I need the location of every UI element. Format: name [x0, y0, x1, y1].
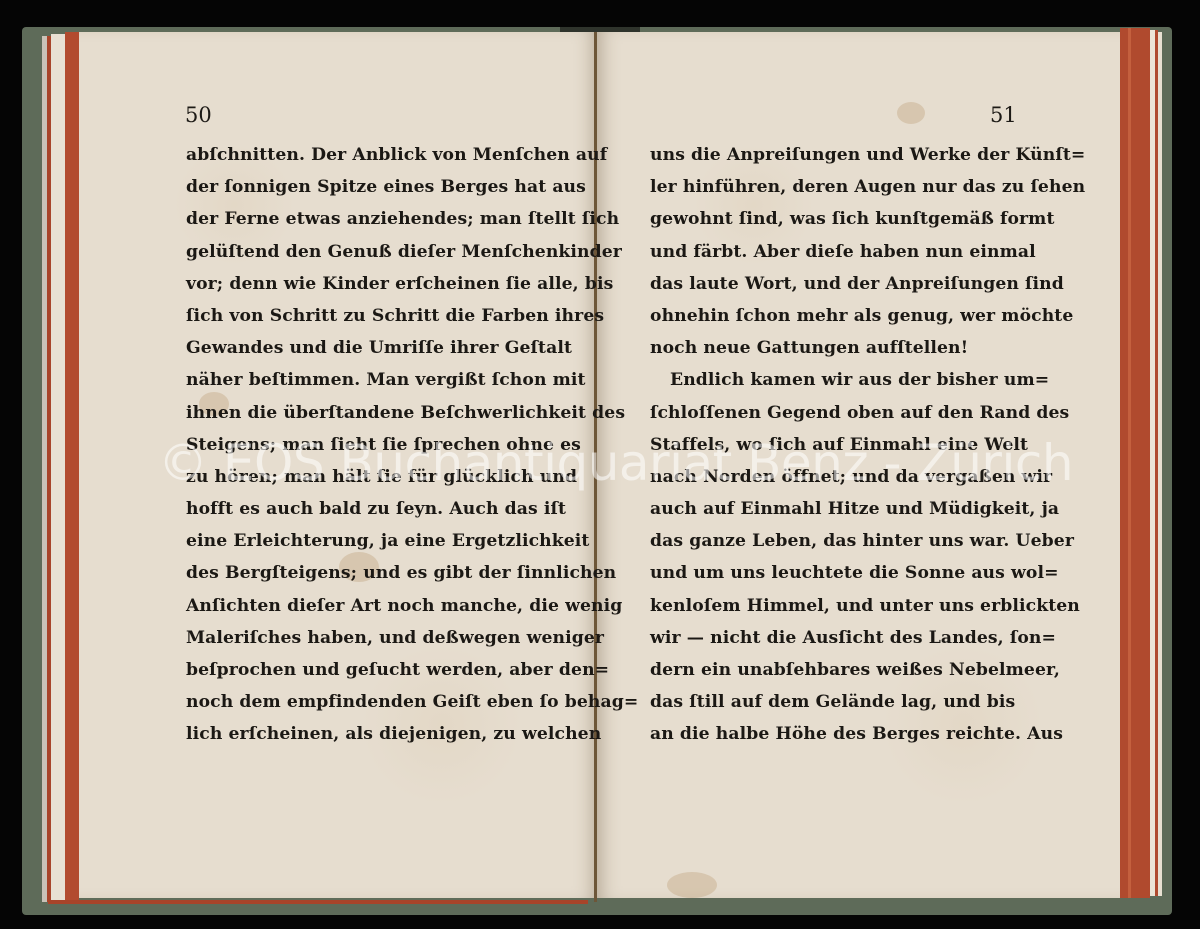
- text-line: der ſonnigen Spitze eines Berges hat aus: [186, 171, 548, 203]
- text-line: näher beſtimmen. Man vergißt ſchon mit: [186, 364, 548, 396]
- text-line: beſprochen und geſucht werden, aber den=: [186, 654, 548, 686]
- text-line: Maleriſches haben, und deßwegen weniger: [186, 622, 548, 654]
- right-page-block-edge-highlight: [1128, 28, 1131, 898]
- text-line: das ganze Leben, das hinter uns war. Ueb…: [650, 525, 1012, 557]
- text-line: abſchnitten. Der Anblick von Menſchen au…: [186, 139, 548, 171]
- text-line: der Ferne etwas anziehendes; man ſtellt …: [186, 203, 548, 235]
- text-line: ihnen die überſtandene Beſchwerlichkeit …: [186, 397, 548, 429]
- right-page-edge-paper-outer: [1158, 32, 1162, 896]
- text-line: Anſichten dieſer Art noch manche, die we…: [186, 590, 548, 622]
- text-line: uns die Anpreiſungen und Werke der Künſt…: [650, 139, 1012, 171]
- text-line: und um uns leuchtete die Sonne aus wol=: [650, 557, 1012, 589]
- text-line: nach Norden öffnet; und da vergaßen wir: [650, 461, 1012, 493]
- text-line: dern ein unabſehbares weißes Nebelmeer,: [650, 654, 1012, 686]
- text-line: gelüſtend den Genuß dieſer Menſchenkinde…: [186, 236, 548, 268]
- text-line: Gewandes und die Umriſſe ihrer Geſtalt: [186, 332, 548, 364]
- text-line: das laute Wort, und der Anpreiſungen ſin…: [650, 268, 1012, 300]
- text-line-paragraph-end: noch neue Gattungen aufſtellen!: [650, 332, 1012, 364]
- text-line: an die halbe Höhe des Berges reichte. Au…: [650, 718, 1012, 750]
- foxing-spot: [897, 102, 925, 124]
- text-line: ſchloſſenen Gegend oben auf den Rand des: [650, 397, 1012, 429]
- text-line: ſich von Schritt zu Schritt die Farben i…: [186, 300, 548, 332]
- text-line: noch dem empfindenden Geiſt eben ſo beha…: [186, 686, 548, 718]
- text-line: ler hinführen, deren Augen nur das zu ſe…: [650, 171, 1012, 203]
- text-line: Steigens; man ſieht ſie ſprechen ohne es: [186, 429, 548, 461]
- left-bottom-edge: [48, 900, 588, 904]
- text-line: Staffels, wo ſich auf Einmahl eine Welt: [650, 429, 1012, 461]
- text-line: auch auf Einmahl Hitze und Müdigkeit, ja: [650, 493, 1012, 525]
- right-page-block-edge: [1120, 28, 1150, 898]
- text-line: zu hören; man hält ſie für glücklich und: [186, 461, 548, 493]
- text-line: ohnehin ſchon mehr als genug, wer möchte: [650, 300, 1012, 332]
- text-line: kenloſem Himmel, und unter uns erblickte…: [650, 590, 1012, 622]
- text-line: des Bergſteigens; und es gibt der ſinnli…: [186, 557, 548, 589]
- text-line: hofft es auch bald zu ſeyn. Auch das iſt: [186, 493, 548, 525]
- text-line: gewohnt ſind, was ſich kunſtgemäß formt: [650, 203, 1012, 235]
- text-line: und färbt. Aber dieſe haben nun einmal: [650, 236, 1012, 268]
- text-line: vor; denn wie Kinder erſcheinen ſie alle…: [186, 268, 548, 300]
- text-line-paragraph-start: Endlich kamen wir aus der bisher um=: [650, 364, 1012, 396]
- text-line: eine Erleichterung, ja eine Ergetzlichke…: [186, 525, 548, 557]
- text-line: lich erſcheinen, als diejenigen, zu welc…: [186, 718, 548, 750]
- left-page-text: abſchnitten. Der Anblick von Menſchen au…: [186, 139, 548, 751]
- right-page-text: uns die Anpreiſungen und Werke der Künſt…: [650, 139, 1012, 751]
- page-number-left: 50: [185, 103, 212, 127]
- page-number-right: 51: [990, 103, 1017, 127]
- foxing-spot: [667, 872, 717, 898]
- left-page-edge-paper: [51, 34, 65, 902]
- left-page-edge-red-block: [65, 32, 79, 902]
- text-line: das ſtill auf dem Gelände lag, und bis: [650, 686, 1012, 718]
- text-line: wir — nicht die Ausſicht des Landes, ſon…: [650, 622, 1012, 654]
